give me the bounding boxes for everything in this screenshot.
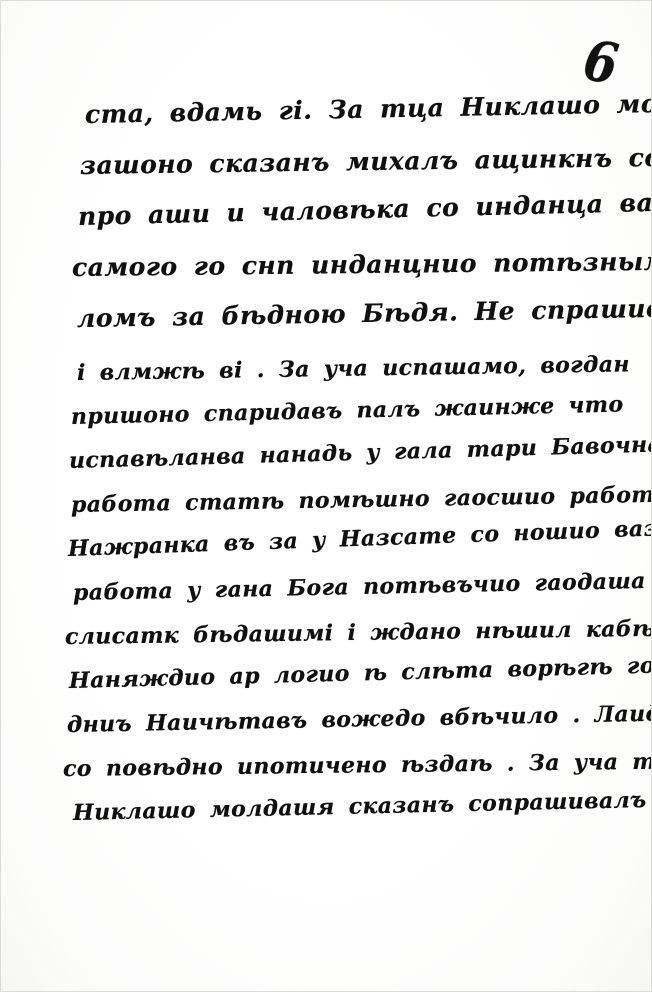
manuscript-page: 6 ста, вдамь гі. За тца Никлашо молдан з…: [0, 0, 652, 992]
manuscript-line: ломъ за бѣдною Бѣдя. Не спрашивачи .: [77, 283, 652, 344]
manuscript-paragraph-1: ста, вдамь гі. За тца Никлашо молдан заш…: [1, 89, 652, 344]
manuscript-line: ста, вдамь гі. За тца Никлашо молдан: [85, 78, 652, 140]
manuscript-paragraph-2: і влмжѣ ві . За уча испашамо, вогдан при…: [1, 351, 652, 835]
